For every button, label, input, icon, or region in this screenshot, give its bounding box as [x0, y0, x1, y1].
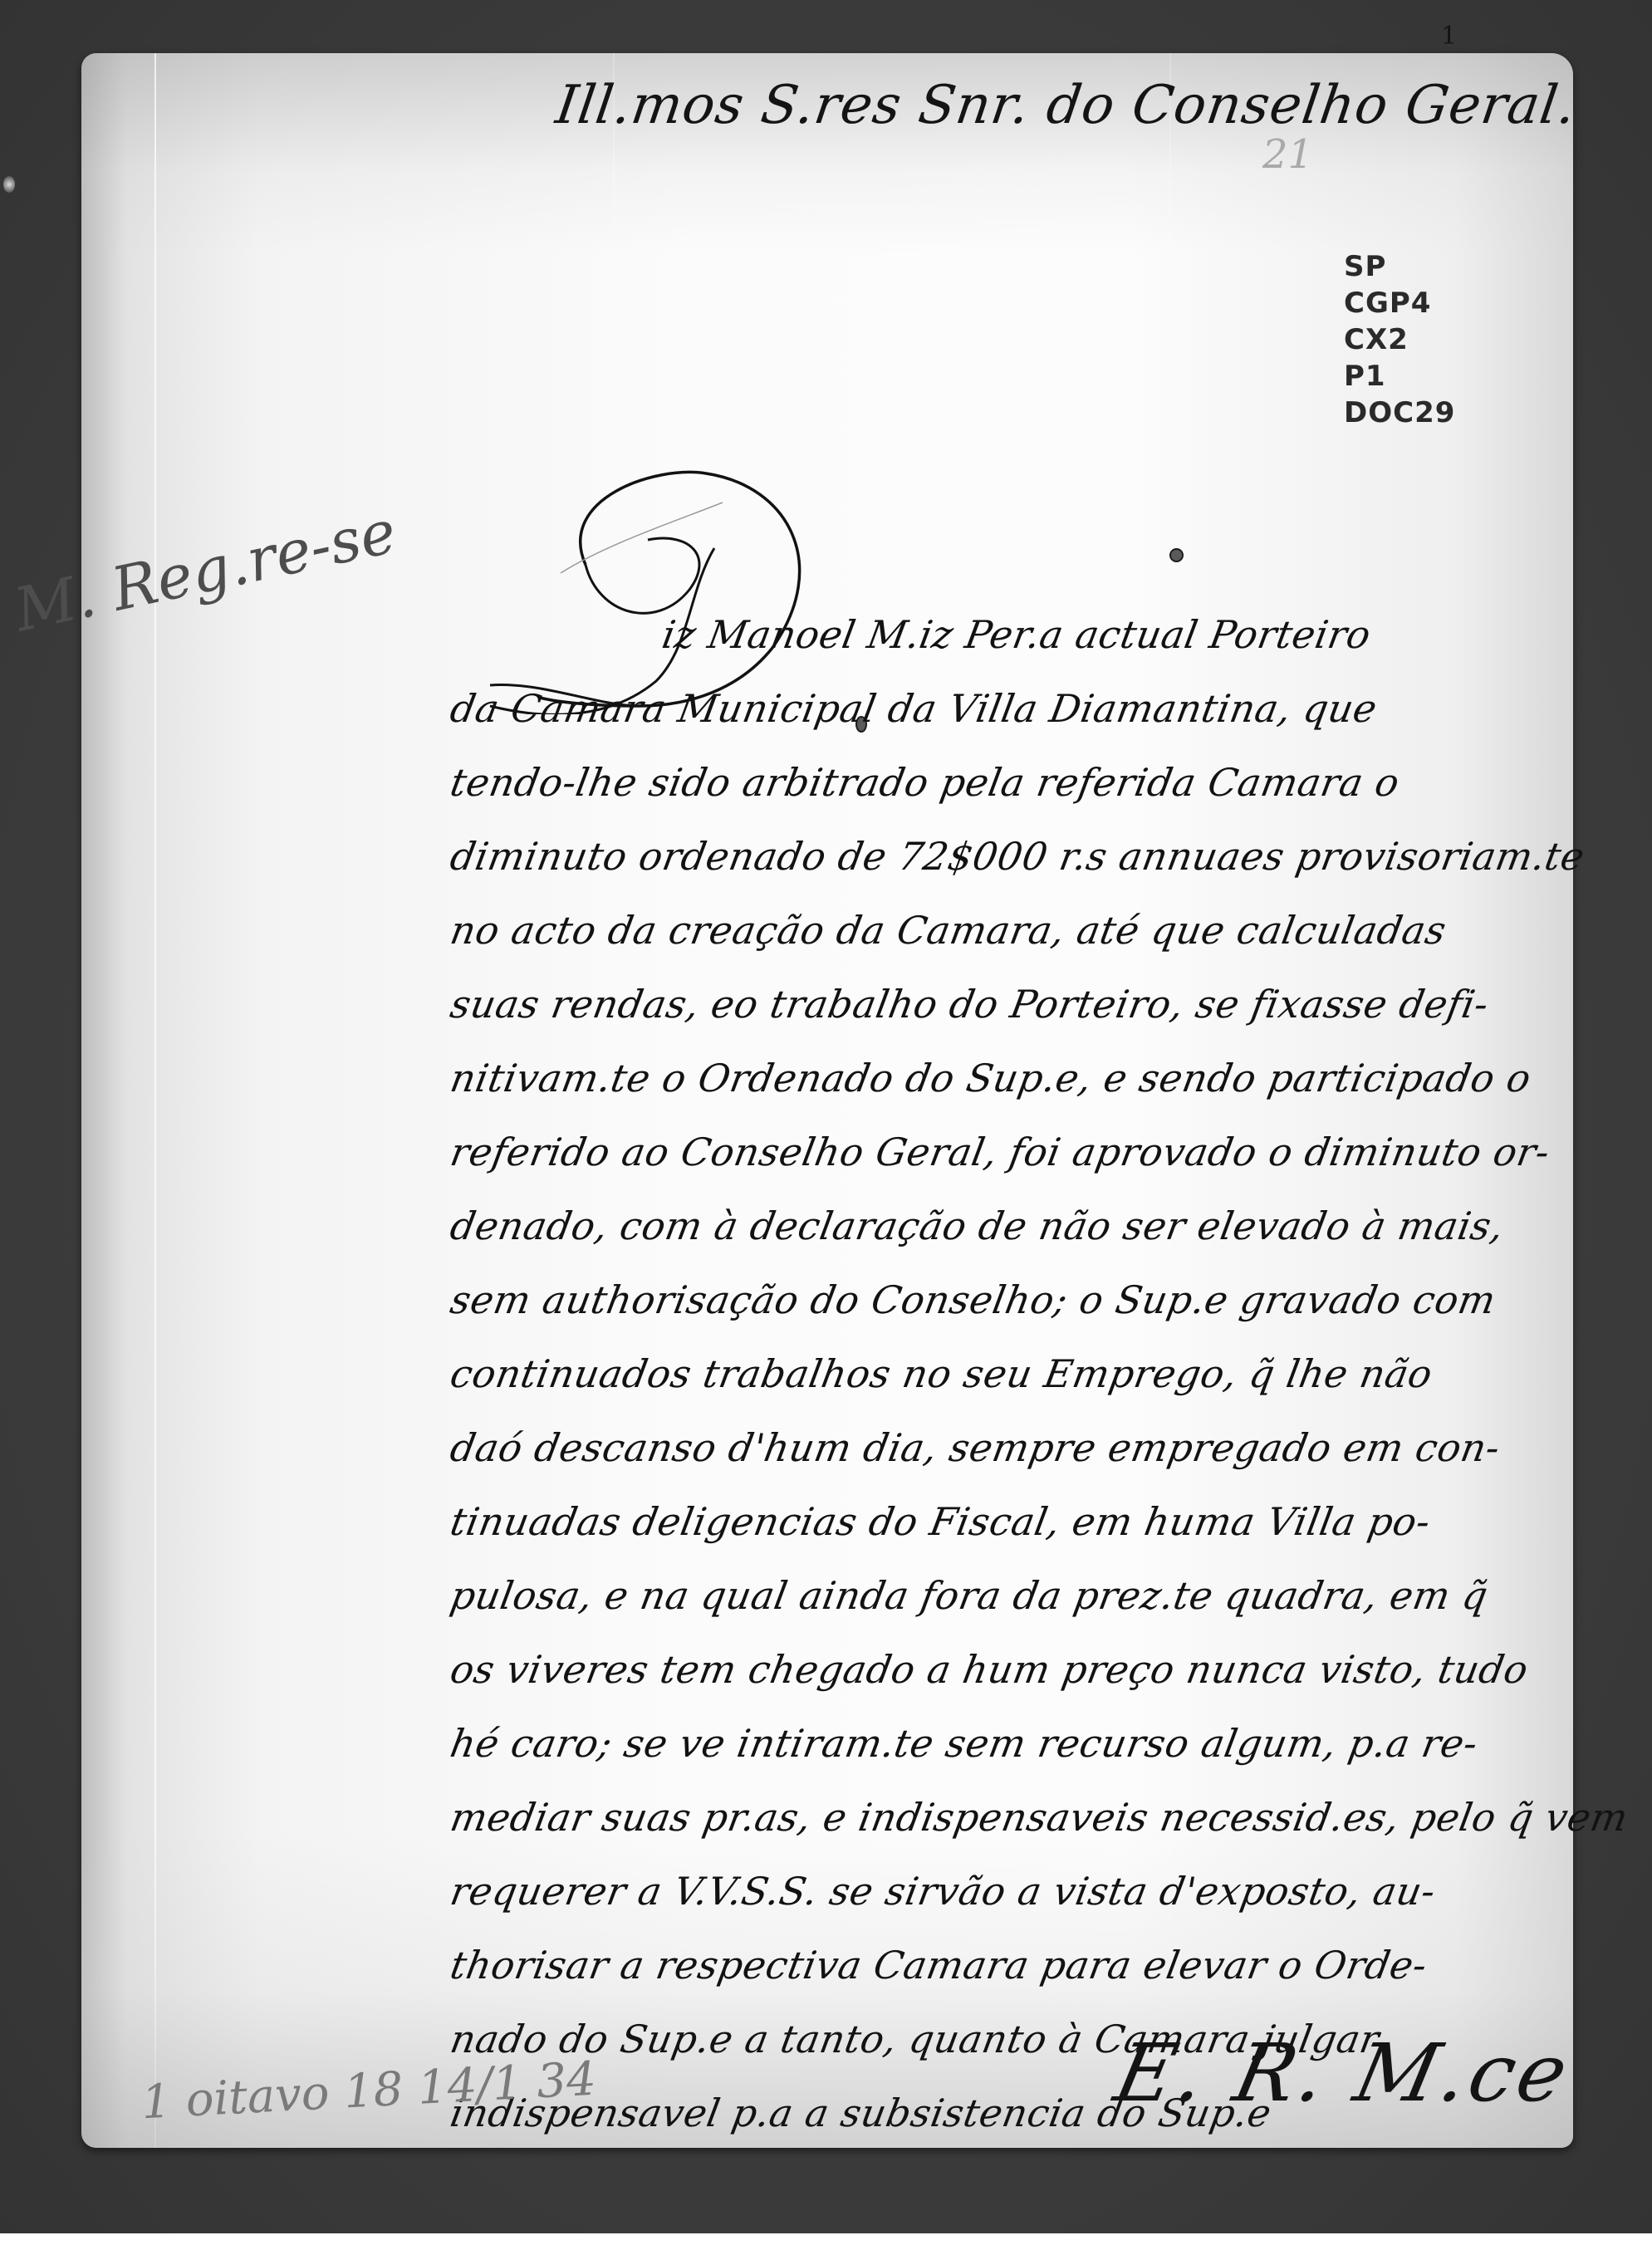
body-line: iz Manoel M.iz Per.a actual Porteiro	[444, 598, 1554, 672]
salutation-heading: Ill.mos S.res Snr. do Conselho Geral.	[552, 75, 1581, 136]
body-line: pulosa, e na qual ainda fora da prez.te …	[444, 1559, 1554, 1633]
archive-ref-line: P1	[1344, 359, 1455, 394]
body-line: no acto da creação da Camara, até que ca…	[444, 894, 1554, 968]
scanner-artifact	[3, 176, 15, 193]
body-line: referido ao Conselho Geral, foi aprovado…	[444, 1115, 1554, 1189]
archive-ref-line: DOC29	[1344, 395, 1455, 430]
archive-ref-line: SP	[1344, 249, 1455, 284]
body-line: denado, com à declaração de não ser elev…	[444, 1189, 1554, 1263]
archive-ref-line: CX2	[1344, 322, 1455, 357]
body-line: thorisar a respectiva Camara para elevar…	[444, 1929, 1554, 2002]
page-number: 1	[1441, 22, 1457, 51]
body-line: sem authorisação do Conselho; o Sup.e gr…	[444, 1263, 1554, 1337]
folio-mark: 21	[1262, 131, 1313, 178]
body-line: os viveres tem chegado a hum preço nunca…	[444, 1633, 1554, 1707]
body-line: hé caro; se ve intiram.te sem recurso al…	[444, 1707, 1554, 1781]
closing-formula: E. R. M.ce	[1107, 2027, 1579, 2120]
archive-ref-line: CGP4	[1344, 286, 1455, 321]
body-line: mediar suas pr.as, e indispensaveis nece…	[444, 1781, 1554, 1855]
petition-body: iz Manoel M.iz Per.a actual Porteiro da …	[444, 598, 1541, 2150]
body-line: da Camara Municipal da Villa Diamantina,…	[444, 672, 1554, 746]
scan-border-strip	[0, 2233, 1652, 2245]
scan-streak	[154, 53, 156, 2148]
body-line: tinuadas deligencias do Fiscal, em huma …	[444, 1485, 1554, 1559]
body-line: daó descanso d'hum dia, sempre empregado…	[444, 1411, 1554, 1485]
body-line: continuados trabalhos no seu Emprego, q̃…	[444, 1337, 1554, 1411]
body-line: suas rendas, eo trabalho do Porteiro, se…	[444, 968, 1554, 1042]
archive-reference: SP CGP4 CX2 P1 DOC29	[1344, 249, 1455, 430]
body-line: nitivam.te o Ordenado do Sup.e, e sendo …	[444, 1042, 1554, 1115]
body-line: tendo-lhe sido arbitrado pela referida C…	[444, 746, 1554, 820]
body-line: diminuto ordenado de 72$000 r.s annuaes …	[444, 820, 1554, 894]
svg-text:D: D	[440, 465, 441, 466]
ink-dot	[1169, 548, 1184, 562]
body-line: requerer a V.V.S.S. se sirvão a vista d'…	[444, 1855, 1554, 1929]
